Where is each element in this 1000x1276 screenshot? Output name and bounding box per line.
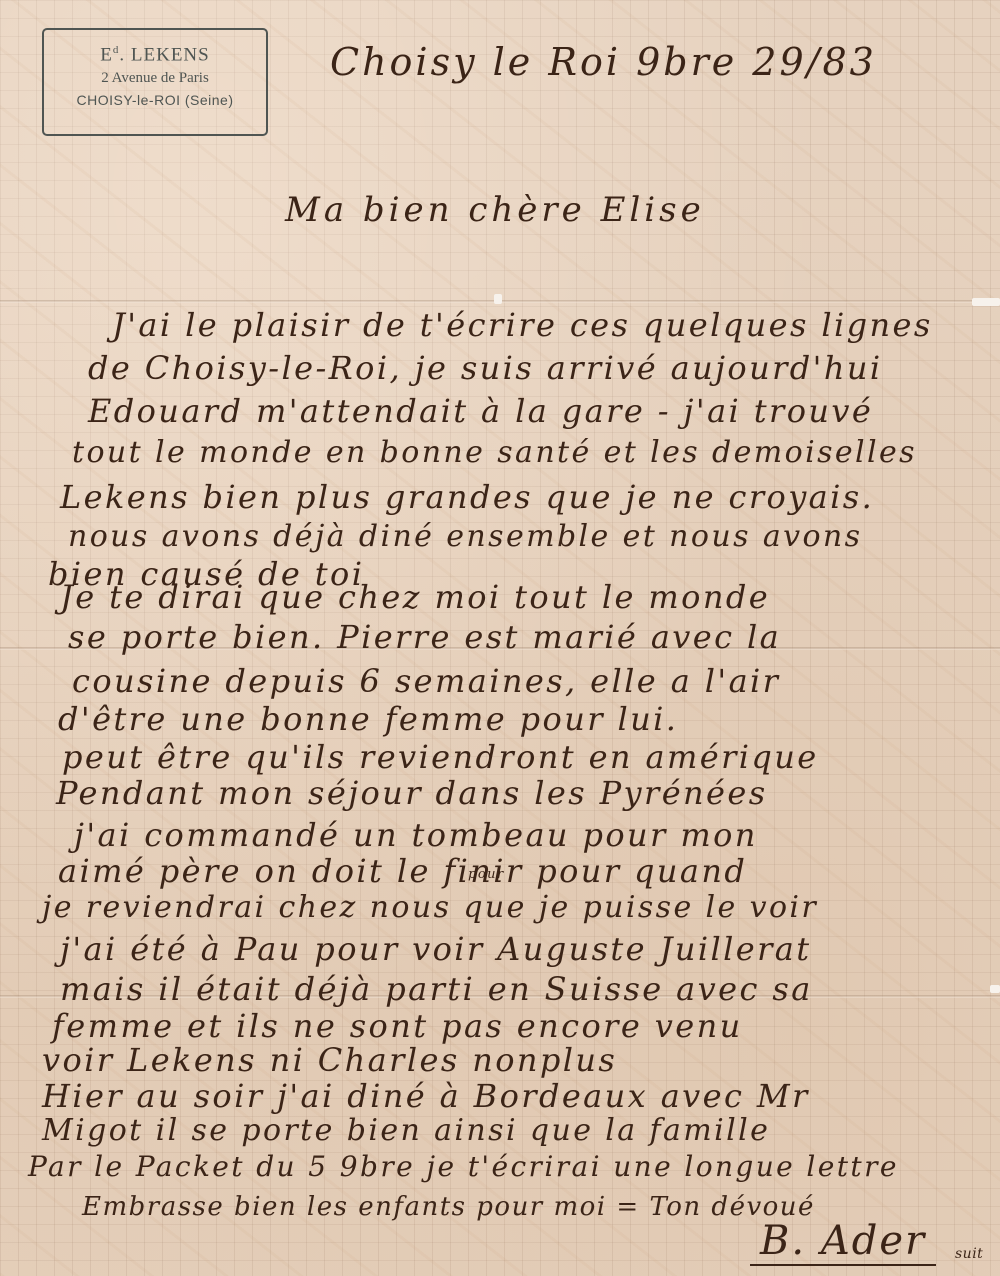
body-line: femme et ils ne sont pas encore venu xyxy=(52,1007,743,1045)
body-line: d'être une bonne femme pour lui. xyxy=(58,700,678,738)
stamp-address: 2 Avenue de Paris xyxy=(44,67,266,89)
stamp-city: CHOISY-le-ROI (Seine) xyxy=(44,89,266,111)
body-line: tout le monde en bonne santé et les demo… xyxy=(72,435,917,470)
body-line: nous avons déjà diné ensemble et nous av… xyxy=(68,519,862,554)
body-line: Pendant mon séjour dans les Pyrénées xyxy=(56,774,768,812)
interlinear-note: pour xyxy=(468,867,505,882)
continuation-mark: suit xyxy=(955,1246,983,1262)
stamp-name-prefix: E xyxy=(100,44,113,65)
body-line: peut être qu'ils reviendront en amérique xyxy=(62,738,819,776)
body-line: Par le Packet du 5 9bre je t'écrirai une… xyxy=(28,1150,899,1183)
letterhead-stamp: Ed. LEKENS 2 Avenue de Paris CHOISY-le-R… xyxy=(42,28,268,136)
body-line: Je te dirai que chez moi tout le monde xyxy=(60,578,770,616)
salutation: Ma bien chère Elise xyxy=(285,190,705,230)
body-line: j'ai commandé un tombeau pour mon xyxy=(74,816,758,854)
stamp-name: Ed. LEKENS xyxy=(44,38,266,67)
body-line: Lekens bien plus grandes que je ne croya… xyxy=(60,478,874,516)
body-line: mais il était déjà parti en Suisse avec … xyxy=(60,970,813,1008)
letter-page: Ed. LEKENS 2 Avenue de Paris CHOISY-le-R… xyxy=(0,0,1000,1276)
body-line: cousine depuis 6 semaines, elle a l'air xyxy=(72,662,780,700)
body-line: Hier au soir j'ai diné à Bordeaux avec M… xyxy=(42,1077,810,1115)
body-line: se porte bien. Pierre est marié avec la xyxy=(68,618,781,656)
body-line: je reviendrai chez nous que je puisse le… xyxy=(42,890,818,925)
body-line: Migot il se porte bien ainsi que la fami… xyxy=(42,1113,770,1148)
body-line: de Choisy-le-Roi, je suis arrivé aujourd… xyxy=(88,349,883,387)
paper-tear xyxy=(990,985,1000,993)
closing-line: Embrasse bien les enfants pour moi = Ton… xyxy=(82,1192,815,1222)
paper-tear xyxy=(494,294,502,304)
body-line: aimé père on doit le finir pour quand xyxy=(58,852,747,890)
body-line: J'ai le plaisir de t'écrire ces quelques… xyxy=(112,306,933,344)
signature: B. Ader xyxy=(750,1218,936,1266)
paper-tear xyxy=(972,298,1000,306)
body-line: j'ai été à Pau pour voir Auguste Juiller… xyxy=(60,930,812,968)
body-line: voir Lekens ni Charles nonplus xyxy=(42,1041,617,1079)
dateline: Choisy le Roi 9bre 29/83 xyxy=(330,40,877,84)
stamp-name-text: . LEKENS xyxy=(119,44,209,65)
body-line: Edouard m'attendait à la gare - j'ai tro… xyxy=(88,392,873,430)
